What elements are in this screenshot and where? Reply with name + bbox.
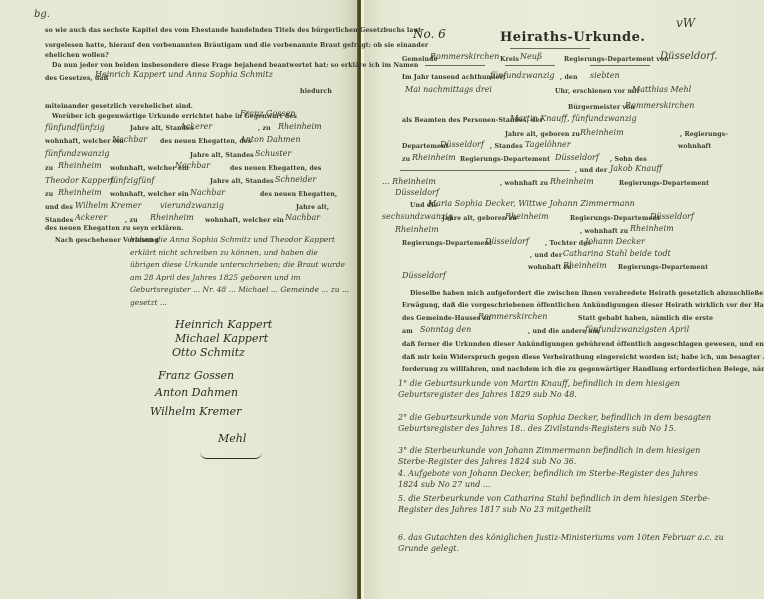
couple-names: Heinrich Kappert und Anna Sophia Schmitz [95,70,273,79]
paragraph-line-8: daß mir kein Widerspruch gegen diese Ver… [402,354,764,361]
right-printed-line-12: Regierungs-Departement [460,156,550,163]
left-printed-line-7: miteinander gesetzlich verehelichet sind… [45,103,193,110]
left-printed-line-19: wohnhaft, welcher ein [110,191,189,198]
witness2-age: fünfundzwanzig [45,149,110,158]
right-printed-line-19: Regierungs-Departement [570,215,660,222]
bride-mother-department: Düsseldorf [402,271,446,280]
witness3-status: Schneider [275,175,316,184]
right-printed-line-23: , und der [530,252,562,259]
left-printed-line-2: vorgelesen hatte, hierauf den vorbenannt… [45,42,428,49]
page-edge [361,0,364,599]
first-announcement-date: Sonntag den [420,325,471,334]
left-printed-line-1: so wie auch das sechste Kapitel des vom … [45,27,421,34]
right-printed-line-13: , Sohn des [610,156,647,163]
right-printed-line-7: , Regierungs- [680,131,728,138]
rule-kreis [505,65,555,66]
bride-residence: Rheinheim [630,224,674,233]
paragraph-line-7: daß ferner die Urkunden dieser Ankündigu… [402,341,764,348]
paragraph-line-4: Statt gehabt haben, nämlich die erste [578,315,713,322]
right-printed-line-21: Regierungs-Departement [402,240,492,247]
signature-5: Anton Dahmen [155,386,238,399]
paragraph-line-5: am [402,328,413,335]
witness3-relation: Nachbar [190,188,225,197]
left-printed-line-4: Da nun jeder von beiden insbesondere die… [52,62,419,69]
enclosure-5: 5. die Sterbeurkunde von Catharina Stahl… [398,493,718,515]
signature-4: Franz Gossen [158,369,234,382]
bride-birthplace: Rheinheim [505,212,549,221]
groom-mother-residence: Rheinheim [550,177,594,186]
kreis-label: Kreis [500,56,519,63]
witness1-name: Franz Gossen [240,109,295,118]
left-printed-line-12: des neuen Ehegatten, des [160,138,252,145]
buergermeister-value: Rommerskirchen [625,101,694,110]
right-printed-line-14: , und der [575,167,607,174]
groom-birthplace: Rheinheim [580,128,624,137]
left-printed-line-18: zu [45,191,53,198]
witness1-place: Rheinheim [278,122,322,131]
enclosure-4-num: 4. [398,469,406,478]
day-value: siebten [590,71,620,80]
right-printed-line-2: , den [560,74,578,81]
right-printed-line-11: zu [402,156,410,163]
bride-mother: Catharina Stahl beide todt [563,249,671,258]
right-printed-line-20: , wohnhaft zu [580,228,628,235]
bride-res-department: Düsseldorf [485,237,529,246]
right-printed-line-9: , Standes [490,143,523,150]
enclosure-2-text: die Geburtsurkunde von Maria Sophia Deck… [398,413,711,433]
witness1-age: fünfundfünfzig [45,123,105,132]
witness2-status: Schuster [255,149,291,158]
enclosure-6: 6. das Gutachten des königlichen Justiz-… [398,532,728,554]
paragraph-line-2: Erwägung, daß die vorgeschriebenen öffen… [402,302,764,309]
witness4-age: vierundzwanzig [160,201,224,210]
witness1-status: Ackerer [180,122,212,131]
record-number: No. 6 [413,27,446,41]
left-printed-line-21: und des [45,204,73,211]
right-printed-line-6: Jahre alt, geboren zu [505,131,580,138]
signature-6: Wilhelm Kremer [150,405,241,418]
kreis-value: Neuß [520,52,542,61]
enclosure-3-text: die Sterbeurkunde von Johann Zimmermann … [398,446,700,466]
bride-value: Maria Sophia Decker, Wittwe Johann Zimme… [428,199,635,208]
groom-res-department: Düsseldorf [555,153,599,162]
enclosure-1: 1° die Geburtsurkunde von Martin Knauff,… [398,378,718,400]
enclosure-3: 3° die Sterbeurkunde von Johann Zimmerma… [398,445,718,467]
witness4-status: Ackerer [75,213,107,222]
bride-department: Düsseldorf [650,212,694,221]
witness2-relation: Nachbar [175,161,210,170]
left-printed-line-23: Standes [45,217,73,224]
enclosure-5-text: die Sterbeurkunde von Catharina Stahl be… [398,494,710,514]
gemeinde-value: Rommerskirchen [430,52,499,61]
witness4-place: Rheinheim [150,213,194,222]
witness2-place: Rheinheim [58,161,102,170]
title-rule [510,48,590,49]
right-printed-line-15: , wohnhaft zu [500,180,548,187]
left-printed-line-25: wohnhaft, welcher ein [205,217,284,224]
left-printed-line-14: zu [45,165,53,172]
gemeinde-haus-value: Rommerskirchen [478,312,547,321]
right-printed-line-10: wohnhaft [678,143,711,150]
right-printed-line-16: Regierungs-Departement [619,180,709,187]
enclosure-1-num: 1° [398,379,407,388]
left-printed-line-13: Jahre alt, Standes [190,152,254,159]
groom-status: Tagelöhner [525,140,571,149]
groom-value: Martin Knauff, fünfundzwanzig [510,114,637,123]
rule-gemeinde [425,65,485,66]
signature-flourish [200,452,262,459]
enclosure-4: 4. Aufgebote von Johann Decker, befindli… [398,468,718,490]
left-printed-line-24: , zu [125,217,138,224]
left-printed-line-17: Jahre alt, Standes [210,178,274,185]
enclosure-6-num: 6. [398,533,406,542]
signature-7: Mehl [218,432,246,445]
month-time-value: Mai nachmittags drei [405,85,492,94]
right-printed-line-25: Regierungs-Departement [618,264,708,271]
enclosure-3-num: 3° [398,446,407,455]
department-value: Düsseldorf. [660,51,718,62]
document-title: Heiraths-Urkunde. [500,30,645,45]
left-printed-line-22: Jahre alt, [296,204,329,211]
department-label: Regierungs-Departement von [564,56,669,63]
groom-father: Jakob Knauff [610,164,662,173]
paragraph-line-1: Dieselbe haben mich aufgefordert die zwi… [410,290,764,297]
rule-blank [400,170,570,171]
witness4-relation: Nachbar [285,213,320,222]
bride-father: Johann Decker [585,237,645,246]
reading-note: haben die Anna Sophia Schmitz und Theodo… [40,234,350,309]
enclosure-6-text: das Gutachten des königlichen Justiz-Min… [398,533,724,553]
groom-department: Düsseldorf [440,140,484,149]
right-printed-line-3: Uhr, erschienen vor mir [555,88,640,95]
witness1-relation: Nachbar [112,135,147,144]
witness3-place: Rheinheim [58,188,102,197]
left-printed-line-20: des neuen Ehegatten, [260,191,337,198]
left-printed-line-3: ehelichen wollen? [45,52,109,59]
left-printed-line-26: des neuen Ehegatten zu seyn erklären. [45,225,183,232]
groom-residence: Rheinheim [412,153,456,162]
witness2-name: Anton Dahmen [240,135,300,144]
signature-2: Michael Kappert [175,332,268,345]
left-printed-line-16: des neuen Ehegatten, des [230,165,322,172]
groom-mother-department: Düsseldorf [395,188,439,197]
paragraph-line-9: forderung zu willfahren, und nachdem ich… [402,366,764,373]
enclosure-4-text: Aufgebote von Johann Decker, befindlich … [398,469,698,489]
signature-1: Heinrich Kappert [175,318,272,331]
official-value: Matthias Mehl [632,85,691,94]
left-printed-line-10: , zu [258,125,271,132]
left-printed-line-6: hiedurch [300,88,332,95]
enclosure-2-num: 2° [398,413,407,422]
right-corner-mark: vW [676,16,695,30]
second-announcement-date: fünfundzwanzigsten April [585,325,689,334]
year-value: fünfundzwanzig [490,71,555,80]
groom-mother: ... Rheinheim [382,177,436,186]
enclosure-5-num: 5. [398,494,406,503]
rule-department [590,65,650,66]
bride-occupation: Rheinheim [395,225,439,234]
enclosure-2: 2° die Geburtsurkunde von Maria Sophia D… [398,412,718,434]
bride-mother-residence: Rheinheim [563,261,607,270]
witness3-name: Theodor Kappert [45,176,114,185]
enclosure-1-text: die Geburtsurkunde von Martin Knauff, be… [398,379,680,399]
signature-3: Otto Schmitz [172,346,245,359]
witness3-age: fünfzigfünf [110,176,154,185]
right-printed-line-22: , Tochter des [545,240,591,247]
left-corner-mark: bg. [34,9,50,20]
witness4-name: Wilhelm Kremer [75,201,141,210]
